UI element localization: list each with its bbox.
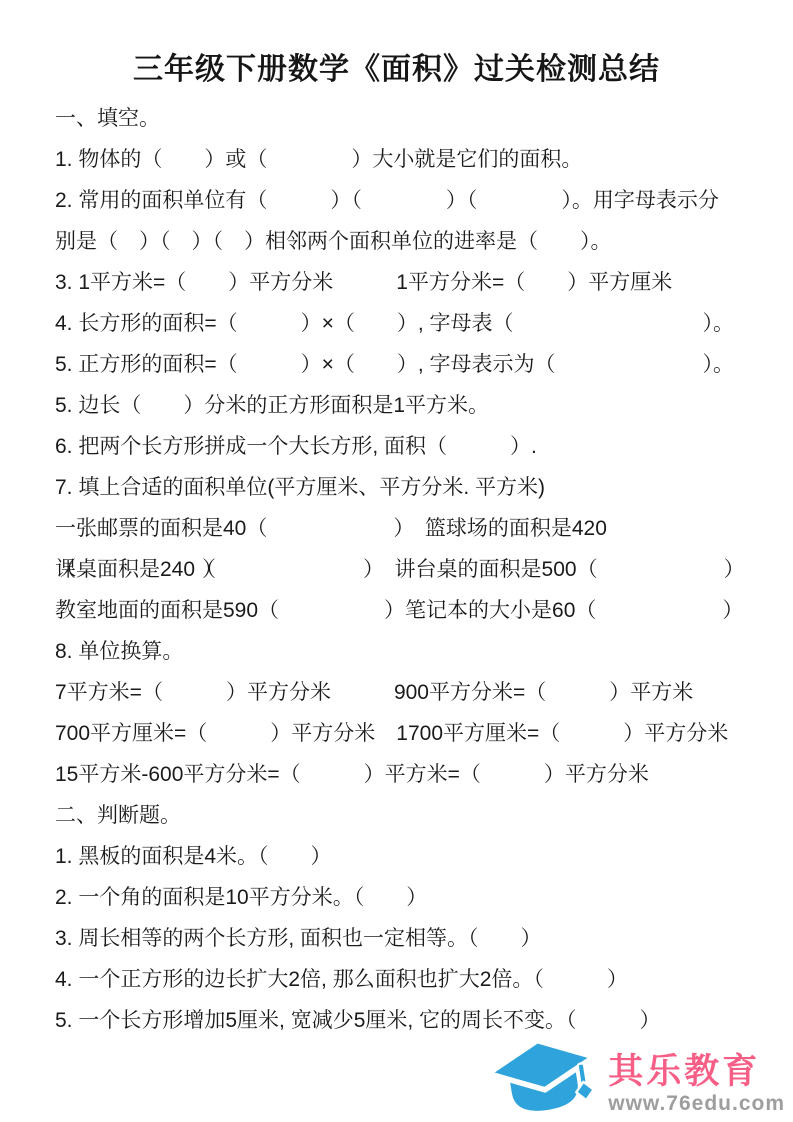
worksheet-line: 5. 正方形的面积=（ ）×（ ）, 字母表示为（ ）。 [55, 344, 753, 385]
worksheet-line: 一张邮票的面积是40（ ） 篮球场的面积是420（ ） [55, 508, 753, 549]
worksheet-body: 一、填空。 1. 物体的（ ）或（ ）大小就是它们的面积。 2. 常用的面积单位… [0, 98, 793, 1041]
worksheet-line: 8. 单位换算。 [55, 631, 753, 672]
worksheet-line: 1. 黑板的面积是4米。（ ） [55, 836, 753, 877]
brand-logo: 其乐教育 www.76edu.com [486, 1034, 785, 1120]
worksheet-line: 3. 1平方米=（ ）平方分米 1平方分米=（ ）平方厘米 [55, 262, 753, 303]
worksheet-line: 2. 一个角的面积是10平方分米。（ ） [55, 877, 753, 918]
worksheet-line: 3. 周长相等的两个长方形, 面积也一定相等。（ ） [55, 918, 753, 959]
worksheet-page: 三年级下册数学《面积》过关检测总结 一、填空。 1. 物体的（ ）或（ ）大小就… [0, 0, 793, 1122]
section2-heading: 二、判断题。 [55, 795, 753, 836]
worksheet-line: 5. 边长（ ）分米的正方形面积是1平方米。 [55, 385, 753, 426]
worksheet-line: 教室地面的面积是590（ ）笔记本的大小是60（ ） [55, 590, 753, 631]
worksheet-line: 课桌面积是240（ ） 讲台桌的面积是500（ ） [55, 549, 753, 590]
brand-name: 其乐教育 [608, 1053, 760, 1092]
section1-heading: 一、填空。 [55, 98, 753, 139]
worksheet-line: 1. 物体的（ ）或（ ）大小就是它们的面积。 [55, 139, 753, 180]
worksheet-line: 6. 把两个长方形拼成一个大长方形, 面积（ ）. [55, 426, 753, 467]
graduation-cap-icon [486, 1034, 606, 1120]
page-title: 三年级下册数学《面积》过关检测总结 [0, 44, 793, 88]
brand-text-block: 其乐教育 www.76edu.com [608, 1053, 785, 1121]
worksheet-line: 700平方厘米=（ ）平方分米 1700平方厘米=（ ）平方分米 [55, 713, 753, 754]
worksheet-line: 2. 常用的面积单位有（ ）（ ）（ ）。用字母表示分 [55, 180, 753, 221]
brand-url: www.76edu.com [608, 1092, 785, 1116]
worksheet-line: 4. 长方形的面积=（ ）×（ ）, 字母表（ ）。 [55, 303, 753, 344]
worksheet-line: 4. 一个正方形的边长扩大2倍, 那么面积也扩大2倍。（ ） [55, 959, 753, 1000]
worksheet-line: 7平方米=（ ）平方分米 900平方分米=（ ）平方米 [55, 672, 753, 713]
worksheet-line: 7. 填上合适的面积单位(平方厘米、平方分米. 平方米) [55, 467, 753, 508]
worksheet-line: 15平方米-600平方分米=（ ）平方米=（ ）平方分米 [55, 754, 753, 795]
worksheet-line: 别是（ ）（ ）（ ）相邻两个面积单位的进率是（ ）。 [55, 221, 753, 262]
